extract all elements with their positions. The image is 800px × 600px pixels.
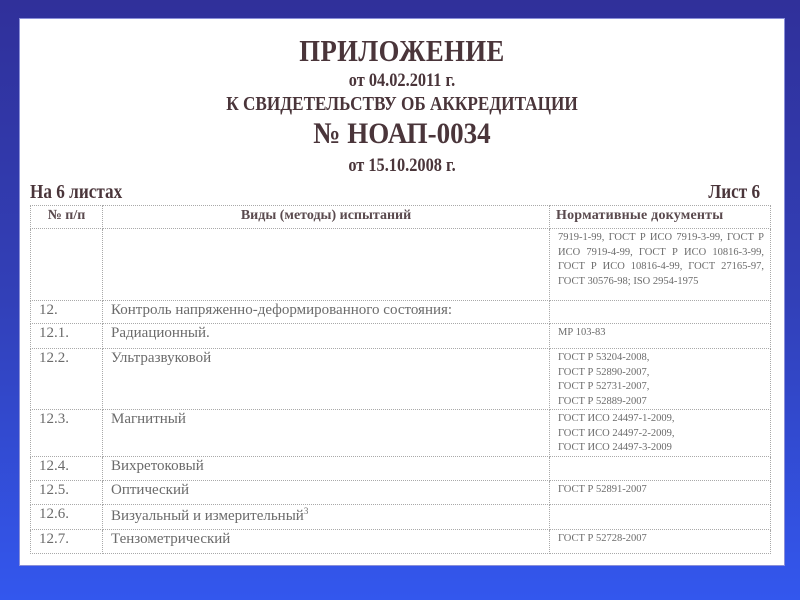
method-label: Визуальный и измерительный	[111, 508, 304, 524]
document-reference: 7919-1-99, ГОСТ Р ИСО 7919-3-99, ГОСТ Р …	[558, 231, 764, 289]
table-header-row: № п/п Виды (методы) испытаний Нормативны…	[31, 206, 771, 229]
row-method: Магнитный	[103, 410, 550, 457]
current-sheet: Лист 6	[708, 181, 760, 204]
row-method: Радиационный.	[103, 324, 550, 349]
column-header-methods: Виды (методы) испытаний	[103, 206, 550, 229]
row-number: 12.7.	[31, 530, 103, 554]
row-documents: ГОСТ ИСО 24497-1-2009,ГОСТ ИСО 24497-2-2…	[550, 410, 771, 457]
certificate-line: К СВИДЕТЕЛЬСТВУ ОБ АККРЕДИТАЦИИ	[73, 93, 730, 116]
table-row: 12.3.МагнитныйГОСТ ИСО 24497-1-2009,ГОСТ…	[31, 410, 771, 457]
certificate-number: № НОАП-0034	[58, 117, 746, 151]
row-method: Оптический	[103, 481, 550, 505]
document-title: ПРИЛОЖЕНИЕ	[73, 33, 730, 69]
footnote-marker: 3	[304, 506, 309, 516]
method-label: Ультразвуковой	[111, 350, 211, 366]
certificate-date: от 15.10.2008 г.	[73, 155, 730, 177]
row-number	[31, 229, 103, 301]
row-documents: 7919-1-99, ГОСТ Р ИСО 7919-3-99, ГОСТ Р …	[550, 229, 771, 301]
document-reference: ГОСТ Р 52728-2007	[558, 532, 764, 547]
method-label: Тензометрический	[111, 531, 230, 547]
row-documents: МР 103-83	[550, 324, 771, 349]
document-reference: ГОСТ ИСО 24497-3-2009	[558, 441, 764, 456]
row-documents: ГОСТ Р 52728-2007	[550, 530, 771, 554]
row-number: 12.1.	[31, 324, 103, 349]
row-documents: ГОСТ Р 53204-2008,ГОСТ Р 52890-2007,ГОСТ…	[550, 349, 771, 410]
method-label: Магнитный	[111, 411, 186, 427]
document-reference: ГОСТ Р 52891-2007	[558, 483, 764, 498]
row-method: Тензометрический	[103, 530, 550, 554]
row-method: Контроль напряженно-деформированного сос…	[103, 301, 550, 324]
table-row: 12.6.Визуальный и измерительный3	[31, 505, 771, 530]
method-label: Контроль напряженно-деформированного сос…	[111, 302, 452, 318]
row-method: Визуальный и измерительный3	[103, 505, 550, 530]
row-documents	[550, 505, 771, 530]
row-number: 12.3.	[31, 410, 103, 457]
table-row: 12.Контроль напряженно-деформированного …	[31, 301, 771, 324]
method-label: Вихретоковый	[111, 458, 204, 474]
row-method: Вихретоковый	[103, 457, 550, 481]
total-sheets: На 6 листах	[30, 181, 122, 204]
row-method: Ультразвуковой	[103, 349, 550, 410]
column-header-documents: Нормативные документы	[550, 206, 771, 229]
document-reference: ГОСТ ИСО 24497-1-2009,	[558, 412, 764, 427]
row-number: 12.5.	[31, 481, 103, 505]
table-row: 7919-1-99, ГОСТ Р ИСО 7919-3-99, ГОСТ Р …	[31, 229, 771, 301]
document-reference: ГОСТ Р 52731-2007,	[558, 380, 764, 395]
column-header-number: № п/п	[31, 206, 103, 229]
method-label: Оптический	[111, 482, 189, 498]
row-documents	[550, 301, 771, 324]
document-reference: ГОСТ ИСО 24497-2-2009,	[558, 427, 764, 442]
document-page: ПРИЛОЖЕНИЕ от 04.02.2011 г. К СВИДЕТЕЛЬС…	[20, 19, 784, 565]
table-row: 12.7.ТензометрическийГОСТ Р 52728-2007	[31, 530, 771, 554]
row-number: 12.2.	[31, 349, 103, 410]
document-reference: ГОСТ Р 53204-2008,	[558, 351, 764, 366]
row-number: 12.4.	[31, 457, 103, 481]
row-number: 12.	[31, 301, 103, 324]
row-documents: ГОСТ Р 52891-2007	[550, 481, 771, 505]
methods-table: № п/п Виды (методы) испытаний Нормативны…	[30, 205, 771, 554]
table-row: 12.5.ОптическийГОСТ Р 52891-2007	[31, 481, 771, 505]
row-method	[103, 229, 550, 301]
table-row: 12.2.УльтразвуковойГОСТ Р 53204-2008,ГОС…	[31, 349, 771, 410]
document-reference: ГОСТ Р 52889-2007	[558, 395, 764, 410]
method-label: Радиационный.	[111, 325, 210, 341]
table-row: 12.1.Радиационный.МР 103-83	[31, 324, 771, 349]
row-documents	[550, 457, 771, 481]
document-reference: ГОСТ Р 52890-2007,	[558, 366, 764, 381]
table-row: 12.4.Вихретоковый	[31, 457, 771, 481]
document-reference: МР 103-83	[558, 326, 764, 341]
appendix-date: от 04.02.2011 г.	[73, 70, 730, 92]
row-number: 12.6.	[31, 505, 103, 530]
